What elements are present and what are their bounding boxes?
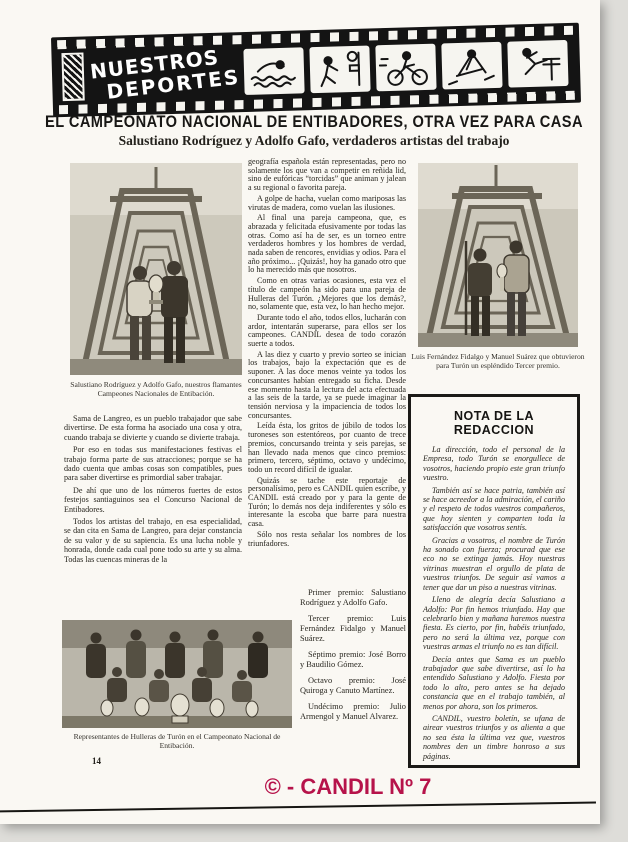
prize-item: Primer premio: Salustiano Rodríguez y Ad… — [300, 588, 406, 608]
editorial-note-title: NOTA DE LA REDACCION — [423, 409, 565, 437]
cycling-icon — [378, 47, 433, 88]
prize-item: Tercer premio: Luis Fernández Fidalgo y … — [300, 614, 406, 644]
article-subtitle: Salustiano Rodríguez y Adolfo Gafo, verd… — [0, 133, 628, 149]
filmstrip-frame — [375, 44, 436, 92]
paragraph: Sólo nos resta señalar los nombres de lo… — [248, 531, 406, 548]
photo-caption-bottom: Representantes de Hulleras de Turón en e… — [58, 732, 296, 750]
paragraph: Por eso en todas sus manifestaciones fes… — [64, 445, 242, 483]
prize-item: Undécimo premio: Julio Armengol y Manuel… — [300, 702, 406, 722]
photo-caption-left: Salustiano Rodríguez y Adolfo Gafo, nues… — [64, 380, 248, 398]
filmstrip-frame — [507, 40, 568, 88]
prize-item: Séptimo premio: José Borro y Baudilio Gó… — [300, 650, 406, 670]
paragraph: CANDIL, vuestro boletín, se ufana de air… — [423, 714, 565, 761]
swimming-icon — [246, 50, 301, 91]
filmstrip-frame — [309, 46, 370, 94]
paragraph: A las diez y cuarto y previo sorteo se i… — [248, 351, 406, 421]
scan-artifact-line — [0, 802, 596, 813]
banner-title: NUESTROS DEPORTES — [90, 51, 239, 97]
publication-footer: © - CANDIL Nº 7 — [48, 774, 628, 800]
article-headline: EL CAMPEONATO NACIONAL DE ENTIBADORES, O… — [44, 112, 584, 132]
editorial-note-box: NOTA DE LA REDACCION La dirección, todo … — [408, 394, 580, 768]
paragraph: Quizás se tache este reportaje de person… — [248, 477, 406, 529]
article-column-left: Sama de Langreo, es un pueblo trabajador… — [64, 414, 242, 567]
photo-caption-right: Luis Fernández Fidalgo y Manuel Suárez q… — [408, 352, 588, 370]
paragraph: geografía española están representadas, … — [248, 158, 406, 193]
paragraph: Sama de Langreo, es un pueblo trabajador… — [64, 414, 242, 442]
paragraph: Durante todo el año, todos ellos, luchar… — [248, 314, 406, 349]
sports-section-banner: NUESTROS DEPORTES — [51, 23, 581, 118]
prize-list: Primer premio: Salustiano Rodríguez y Ad… — [300, 588, 406, 728]
paragraph: Todos los artistas del trabajo, en esa e… — [64, 517, 242, 564]
basketball-icon — [312, 49, 367, 90]
page-number: 14 — [92, 756, 101, 766]
skiing-icon — [444, 45, 499, 86]
filmstrip-hatch-panel — [61, 52, 84, 101]
paragraph: Como en otras varias ocasiones, esta vez… — [248, 277, 406, 312]
paragraph: A golpe de hacha, vuelan como mariposas … — [248, 195, 406, 212]
paragraph: La dirección, todo el personal de la Emp… — [423, 445, 565, 483]
filmstrip-frame — [441, 42, 502, 90]
prize-item: Octavo premio: José Quiroga y Canuto Mar… — [300, 676, 406, 696]
paragraph: Gracias a vosotros, el nombre de Turón h… — [423, 536, 565, 592]
scanned-magazine-page: NUESTROS DEPORTES — [0, 0, 600, 824]
paragraph: Decía antes que Sama es un pueblo trabaj… — [423, 655, 565, 711]
photo-champions-left — [70, 163, 242, 375]
photo-group-bottom — [62, 620, 292, 728]
paragraph: Al final una pareja campeona, que, es ab… — [248, 214, 406, 275]
hurdles-icon — [510, 43, 565, 84]
paragraph: Lleno de alegría decía Salustiano a Adol… — [423, 595, 565, 651]
paragraph: Leída ésta, los gritos de júbilo de todo… — [248, 422, 406, 474]
paragraph: También así se hace patria, también así … — [423, 486, 565, 533]
paragraph: De ahí que uno de los números fuertes de… — [64, 486, 242, 514]
article-column-middle: geografía española están representadas, … — [248, 158, 406, 550]
photo-champions-right — [418, 163, 578, 347]
